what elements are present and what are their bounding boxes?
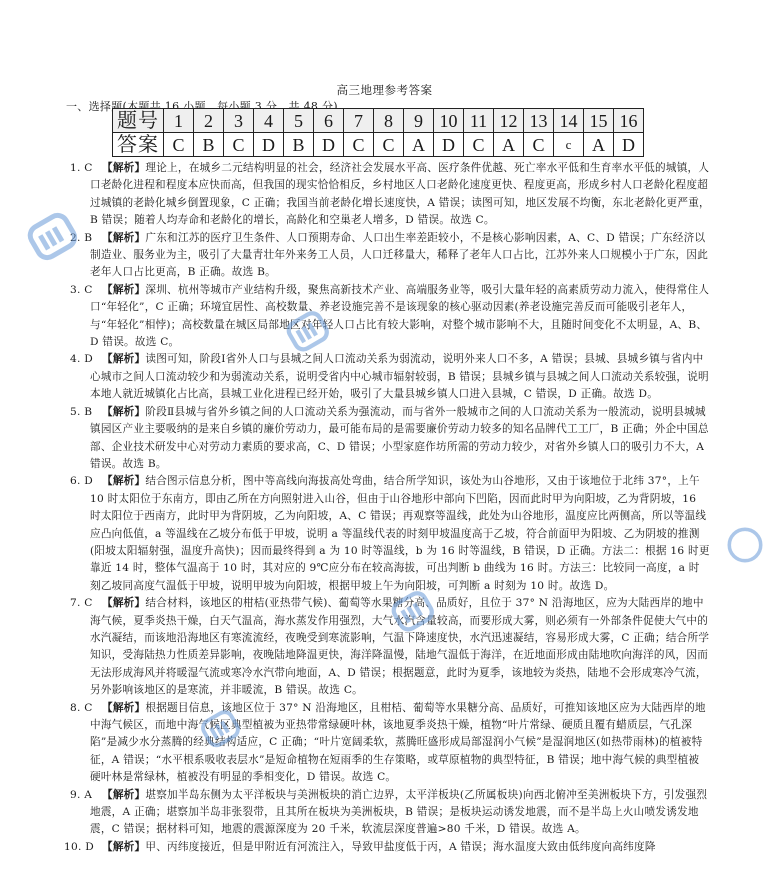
analysis-tag: 【解析】 bbox=[102, 406, 145, 418]
answer-cell: B bbox=[284, 133, 314, 157]
question-number: 6 bbox=[314, 109, 344, 133]
answer-cell: D bbox=[314, 133, 344, 157]
explanation-text: 结合图示信息分析，图中等高线向海拔高处弯曲，结合所学知识，该处为山谷地形，又由于… bbox=[90, 475, 710, 591]
answer-cell: C bbox=[524, 133, 554, 157]
answer-cell: c bbox=[554, 133, 584, 157]
analysis-tag: 【解析】 bbox=[102, 353, 145, 365]
explanation-text: 广东和江苏的医疗卫生条件、人口预期寿命、人口出生率差距较小，不是核心影响因素，A… bbox=[90, 232, 708, 279]
answer-cell: C bbox=[374, 133, 404, 157]
explanation-text: 理论上，在城乡二元结构明显的社会，经济社会发展水平高、医疗条件优越、死亡率水平低… bbox=[90, 162, 710, 226]
explanation-text: 根据题目信息，该地区位于 37° N 沿海地区，且柑桔、葡萄等水果糖分高、品质好… bbox=[90, 702, 706, 784]
answer-cell: D bbox=[434, 133, 464, 157]
explanation-item: 3. C【解析】深圳、杭州等城市产业结构升级，聚焦高新技术产业、高端服务业等，吸… bbox=[70, 282, 710, 352]
answer-row: 答案 C B C D B D C C A D C A C c A D bbox=[113, 133, 644, 157]
analysis-tag: 【解析】 bbox=[102, 162, 145, 174]
question-number: 5 bbox=[284, 109, 314, 133]
explanation-item: 1. C【解析】理论上，在城乡二元结构明显的社会，经济社会发展水平高、医疗条件优… bbox=[70, 160, 710, 230]
analysis-tag: 【解析】 bbox=[102, 232, 145, 244]
explanation-text: 堪察加半岛东侧为太平洋板块与美洲板块的消亡边界，太平洋板块(乙所属板块)向西北俯… bbox=[90, 789, 707, 836]
explanation-text: 读图可知，阶段Ⅰ省外人口与县城之间人口流动关系为弱流动，说明外来人口不多，A 错… bbox=[90, 353, 709, 400]
explanation-item: 4. D【解析】读图可知，阶段Ⅰ省外人口与县城之间人口流动关系为弱流动，说明外来… bbox=[70, 351, 710, 403]
question-number: 7 bbox=[344, 109, 374, 133]
explanation-text: 阶段Ⅱ县城与省外乡镇之间的人口流动关系为强流动，而与省外一般城市之间的人口流动关… bbox=[90, 406, 709, 470]
explanation-item: 8. C【解析】根据题目信息，该地区位于 37° N 沿海地区，且柑桔、葡萄等水… bbox=[70, 700, 710, 787]
question-number-row: 题号 1 2 3 4 5 6 7 8 9 10 11 12 13 14 15 1… bbox=[113, 109, 644, 133]
explanation-text: 甲、丙纬度接近，但是甲附近有河流注入，导致甲盐度低于丙，A 错误；海水温度大致由… bbox=[145, 841, 655, 853]
question-number: 2 bbox=[194, 109, 224, 133]
answer-cell: A bbox=[404, 133, 434, 157]
item-number: 10. D bbox=[64, 839, 94, 856]
item-number: 7. C bbox=[70, 595, 93, 612]
question-number: 10 bbox=[434, 109, 464, 133]
analysis-tag: 【解析】 bbox=[102, 284, 145, 296]
explanation-item: 9. A【解析】堪察加半岛东侧为太平洋板块与美洲板块的消亡边界，太平洋板块(乙所… bbox=[70, 787, 710, 839]
answer-cell: C bbox=[464, 133, 494, 157]
row-label: 答案 bbox=[113, 133, 164, 157]
question-number: 1 bbox=[164, 109, 194, 133]
document-page: 高三地理参考答案 一、选择题(本题共 16 小题，每小题 3 分，共 48 分)… bbox=[0, 0, 769, 889]
answer-cell: A bbox=[584, 133, 614, 157]
analysis-tag: 【解析】 bbox=[102, 702, 145, 714]
analysis-tag: 【解析】 bbox=[102, 475, 145, 487]
question-number: 15 bbox=[584, 109, 614, 133]
explanation-item: 10. D【解析】甲、丙纬度接近，但是甲附近有河流注入，导致甲盐度低于丙，A 错… bbox=[70, 839, 710, 856]
explanation-text: 深圳、杭州等城市产业结构升级，聚焦高新技术产业、高端服务业等，吸引大量年轻的高素… bbox=[90, 284, 709, 348]
explanation-list: 1. C【解析】理论上，在城乡二元结构明显的社会，经济社会发展水平高、医疗条件优… bbox=[70, 160, 710, 856]
question-number: 16 bbox=[614, 109, 644, 133]
item-number: 4. D bbox=[70, 351, 93, 368]
explanation-item: 7. C【解析】结合材料，该地区的柑桔(亚热带气候)、葡萄等水果糖分高、品质好，… bbox=[70, 595, 710, 699]
explanation-item: 6. D【解析】结合图示信息分析，图中等高线向海拔高处弯曲，结合所学知识，该处为… bbox=[70, 473, 710, 595]
item-number: 5. B bbox=[70, 404, 92, 421]
answer-cell: C bbox=[224, 133, 254, 157]
item-number: 9. A bbox=[70, 787, 92, 804]
question-number: 8 bbox=[374, 109, 404, 133]
item-number: 3. C bbox=[70, 282, 93, 299]
question-number: 9 bbox=[404, 109, 434, 133]
analysis-tag: 【解析】 bbox=[102, 789, 145, 801]
question-number: 11 bbox=[464, 109, 494, 133]
question-number: 13 bbox=[524, 109, 554, 133]
analysis-tag: 【解析】 bbox=[102, 841, 145, 853]
answer-cell: B bbox=[194, 133, 224, 157]
answer-table: 题号 1 2 3 4 5 6 7 8 9 10 11 12 13 14 15 1… bbox=[112, 108, 644, 157]
question-number: 12 bbox=[494, 109, 524, 133]
question-number: 4 bbox=[254, 109, 284, 133]
analysis-tag: 【解析】 bbox=[102, 597, 145, 609]
answer-cell: D bbox=[254, 133, 284, 157]
explanation-text: 结合材料，该地区的柑桔(亚热带气候)、葡萄等水果糖分高、品质好，且位于 37° … bbox=[90, 597, 709, 696]
question-number: 14 bbox=[554, 109, 584, 133]
item-number: 1. C bbox=[70, 160, 93, 177]
answer-cell: D bbox=[614, 133, 644, 157]
answer-cell: A bbox=[494, 133, 524, 157]
question-number: 3 bbox=[224, 109, 254, 133]
answer-cell: C bbox=[344, 133, 374, 157]
document-title: 高三地理参考答案 bbox=[0, 82, 769, 98]
item-number: 2. B bbox=[70, 230, 92, 247]
row-label: 题号 bbox=[113, 109, 164, 133]
item-number: 6. D bbox=[70, 473, 93, 490]
explanation-item: 5. B【解析】阶段Ⅱ县城与省外乡镇之间的人口流动关系为强流动，而与省外一般城市… bbox=[70, 404, 710, 474]
explanation-item: 2. B【解析】广东和江苏的医疗卫生条件、人口预期寿命、人口出生率差距较小，不是… bbox=[70, 230, 710, 282]
item-number: 8. C bbox=[70, 700, 93, 717]
answer-cell: C bbox=[164, 133, 194, 157]
logo-watermark-icon bbox=[720, 520, 769, 570]
